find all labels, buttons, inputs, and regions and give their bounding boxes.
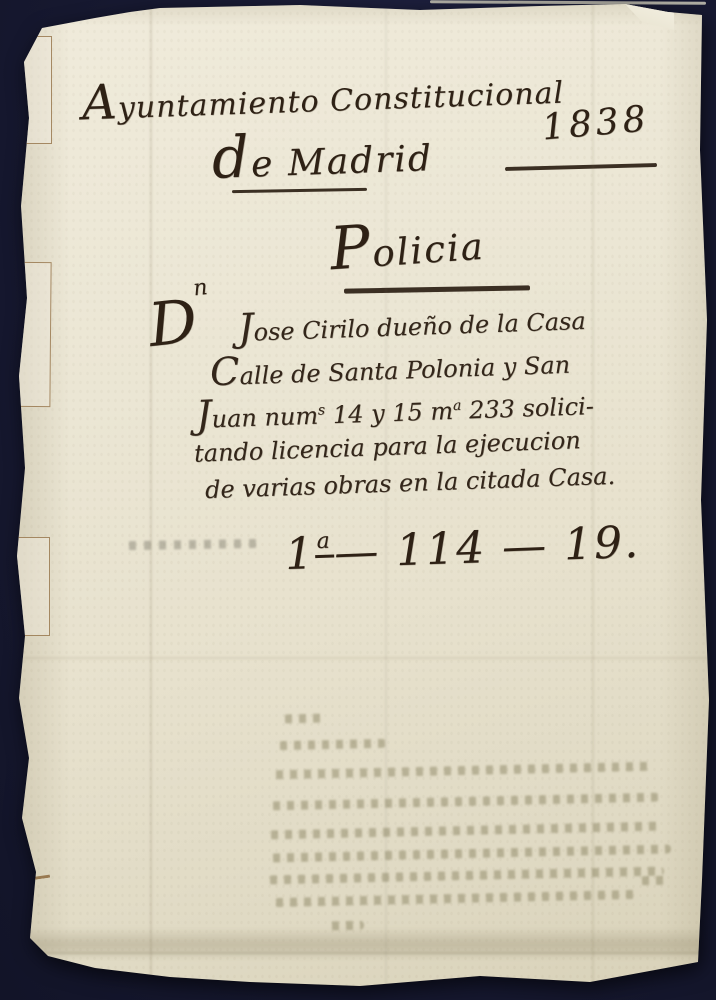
binding-stub-mark (18, 36, 52, 144)
initial-superscript-n: n (192, 275, 209, 301)
paper-shading-top (0, 0, 716, 26)
vertical-crease (150, 0, 152, 1000)
bleedthrough-line (330, 921, 364, 931)
section-title-policia: Policia (328, 215, 486, 276)
horizontal-crease (0, 657, 716, 659)
manuscript-page-wrap: 7751 Ayuntamiento Constitucional de Madr… (0, 0, 716, 1000)
archive-number: 7751 (25, 7, 74, 22)
vertical-crease (592, 0, 594, 1000)
heading-de-madrid: de Madrid (211, 128, 433, 185)
body-initial-don: Dn (144, 277, 214, 356)
year-1838: 1838 (541, 101, 651, 146)
vertical-crease (385, 0, 387, 1000)
initial-d: D (145, 286, 200, 361)
archive-scan-background: 7751 Ayuntamiento Constitucional de Madr… (0, 0, 716, 1000)
manuscript-page: 7751 Ayuntamiento Constitucional de Madr… (0, 0, 716, 1000)
reference-number: 1a— 114 — 19. (284, 520, 640, 577)
bleedthrough-line (283, 714, 325, 724)
binding-stub-mark (16, 262, 51, 407)
horizontal-crease (0, 952, 716, 954)
bleedthrough-line (640, 876, 668, 886)
paper-shading-left (0, 0, 70, 1000)
binding-stub-mark (15, 537, 50, 636)
